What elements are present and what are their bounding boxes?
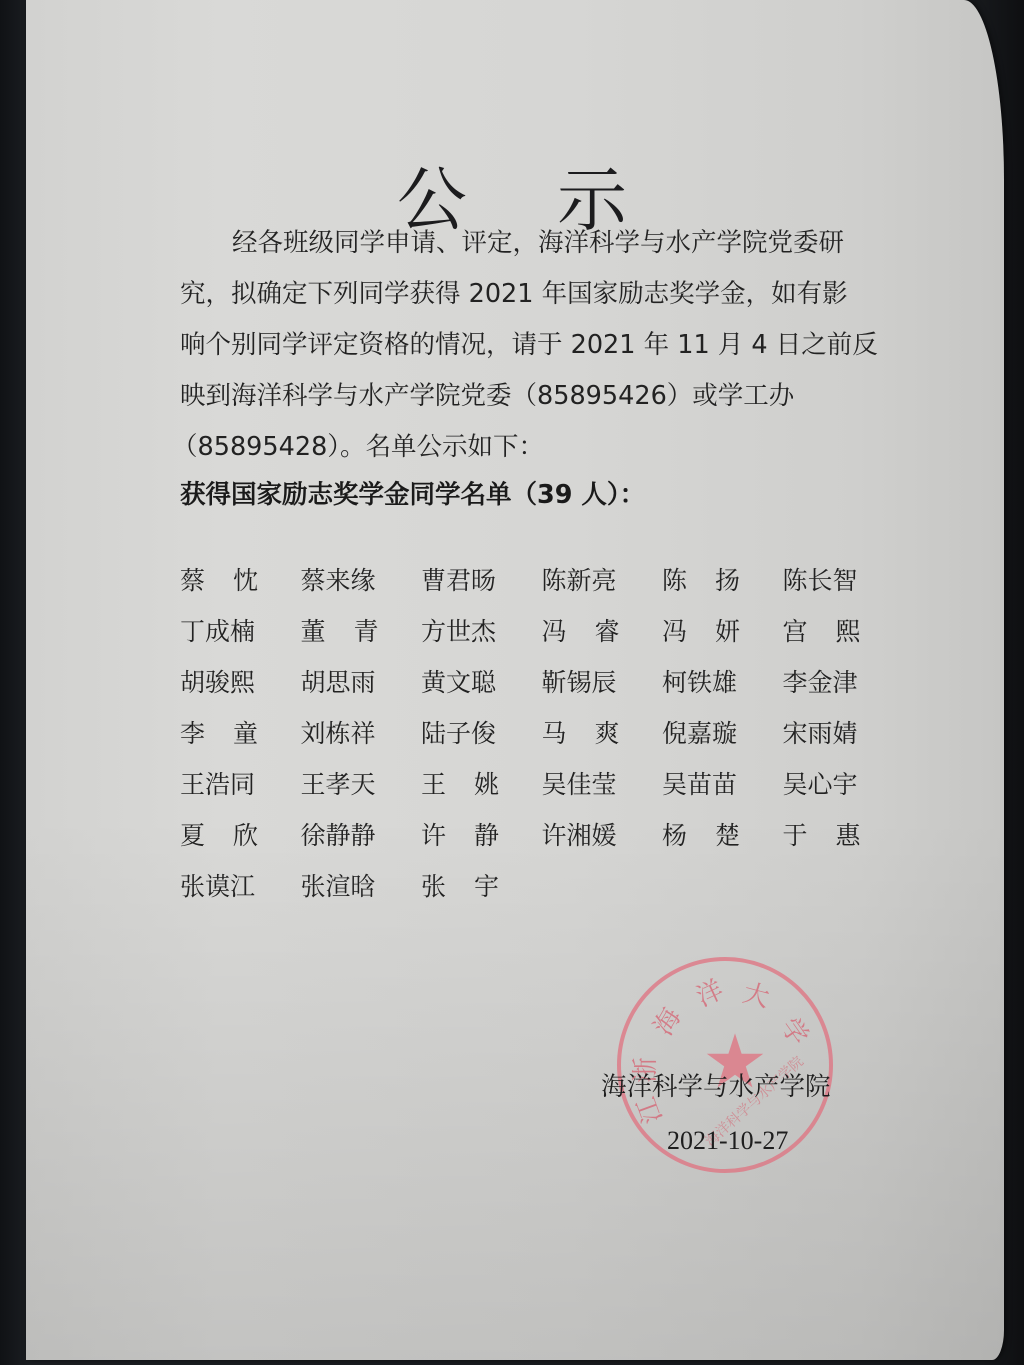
seal-ring-char: 大: [740, 980, 772, 1012]
recipient-name: 宫熙: [783, 617, 904, 647]
recipient-name: 吴苗苗: [662, 770, 783, 800]
body-line-4: 映到海洋科学与水产学院党委（85895426）或学工办: [180, 381, 870, 411]
body-line-1: 经各班级同学申请、评定，海洋科学与水产学院党委研: [232, 228, 922, 258]
recipient-name: 许湘媛: [542, 821, 663, 851]
recipient-name: 胡骏熙: [180, 668, 301, 698]
name-row: 丁成楠 董青 方世杰 冯睿 冯妍 宫熙: [180, 606, 880, 657]
recipient-name: 方世杰: [421, 617, 542, 647]
seal-ring-char: 海: [650, 1004, 686, 1040]
recipient-list-title: 获得国家励志奖学金同学名单（39 人）：: [180, 480, 645, 510]
recipient-name: 倪嘉璇: [662, 719, 783, 749]
seal-ring-char: 学: [776, 1014, 812, 1050]
body-line-3: 响个别同学评定资格的情况，请于 2021 年 11 月 4 日之前反: [180, 330, 870, 360]
recipient-name: 陈新亮: [542, 566, 663, 596]
recipient-name-grid: 蔡忱 蔡来缘 曹君旸 陈新亮 陈扬 陈长智 丁成楠 董青 方世杰 冯睿 冯妍 宫…: [180, 555, 880, 912]
recipient-name: 王姚: [421, 770, 542, 800]
name-row: 胡骏熙 胡思雨 黄文聪 靳锡辰 柯铁雄 李金津: [180, 657, 880, 708]
recipient-name: 蔡来缘: [301, 566, 422, 596]
body-line-2: 究，拟确定下列同学获得 2021 年国家励志奖学金，如有影: [180, 279, 870, 309]
recipient-name: 陈长智: [783, 566, 904, 596]
recipient-name: 曹君旸: [421, 566, 542, 596]
recipient-name: 李童: [180, 719, 301, 749]
recipient-name: 马爽: [542, 719, 663, 749]
recipient-name: 柯铁雄: [662, 668, 783, 698]
name-row: 夏欣 徐静静 许静 许湘媛 杨楚 于惠: [180, 810, 880, 861]
recipient-name: 吴心宇: [783, 770, 904, 800]
signature-organization: 海洋科学与水产学院: [601, 1070, 831, 1104]
recipient-name: 张谟江: [180, 872, 301, 902]
recipient-name: 王浩同: [180, 770, 301, 800]
recipient-name: 陆子俊: [421, 719, 542, 749]
recipient-name: 冯睿: [542, 617, 663, 647]
recipient-name: 杨楚: [662, 821, 783, 851]
recipient-name: 夏欣: [180, 821, 301, 851]
recipient-name: 张渲晗: [301, 872, 422, 902]
body-line-5: （85895428）。名单公示如下：: [172, 432, 862, 462]
recipient-name: 蔡忱: [180, 566, 301, 596]
recipient-name: 张宇: [421, 872, 542, 902]
recipient-name: 黄文聪: [421, 668, 542, 698]
recipient-name: 董青: [301, 617, 422, 647]
recipient-name: 李金津: [783, 668, 904, 698]
recipient-name: 于惠: [783, 821, 904, 851]
recipient-name: 徐静静: [301, 821, 422, 851]
recipient-name: 宋雨婧: [783, 719, 904, 749]
recipient-name: 刘栋祥: [301, 719, 422, 749]
signature-date: 2021-10-27: [667, 1124, 788, 1158]
name-row: 张谟江 张渲晗 张宇: [180, 861, 880, 912]
recipient-name: 吴佳莹: [542, 770, 663, 800]
recipient-name: 王孝天: [301, 770, 422, 800]
recipient-name: 陈扬: [662, 566, 783, 596]
recipient-name: 丁成楠: [180, 617, 301, 647]
name-row: 王浩同 王孝天 王姚 吴佳莹 吴苗苗 吴心宇: [180, 759, 880, 810]
recipient-name: 胡思雨: [301, 668, 422, 698]
recipient-name: 许静: [421, 821, 542, 851]
name-row: 蔡忱 蔡来缘 曹君旸 陈新亮 陈扬 陈长智: [180, 555, 880, 606]
recipient-name: 靳锡辰: [542, 668, 663, 698]
name-row: 李童 刘栋祥 陆子俊 马爽 倪嘉璇 宋雨婧: [180, 708, 880, 759]
seal-ring-char: 洋: [693, 977, 728, 1012]
recipient-name: 冯妍: [662, 617, 783, 647]
